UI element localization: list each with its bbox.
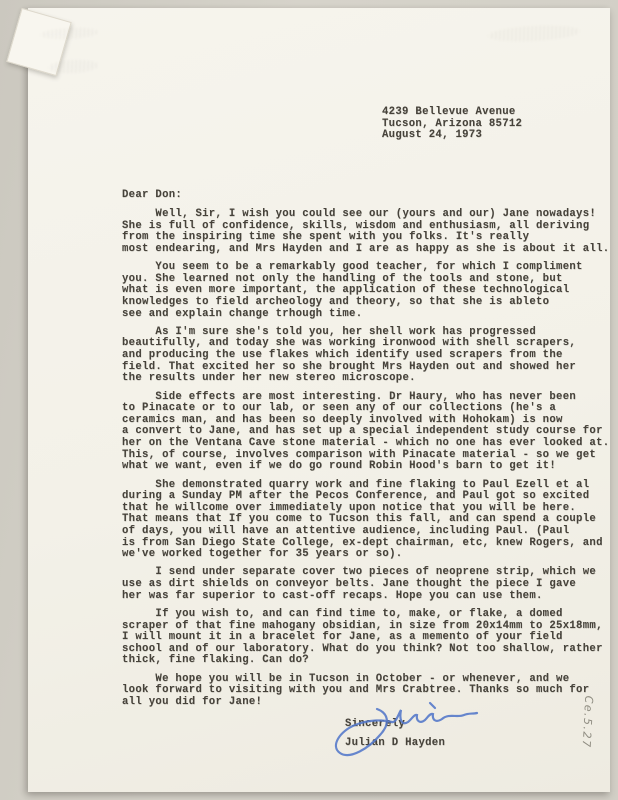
letter-line: Well, Sir, I wish you could see our (you… [122, 209, 602, 221]
paragraph: I send under separate cover two pieces o… [122, 567, 602, 602]
letter-line: use as dirt shields on conveyor belts. J… [122, 579, 602, 591]
letter-line: see and explain change trhough time. [122, 309, 602, 321]
letter-line: knowledges to field archeology and theor… [122, 297, 602, 309]
paragraph: As I'm sure she's told you, her shell wo… [122, 327, 602, 385]
paragraph: You seem to be a remarkably good teacher… [122, 262, 602, 320]
sender-address-block: 4239 Bellevue Avenue Tucson, Arizona 857… [382, 107, 522, 142]
letter-line: most endearing, and Mrs Hayden and I are… [122, 244, 602, 256]
letter-line: and producing the use flakes which ident… [122, 350, 602, 362]
address-line: 4239 Bellevue Avenue [382, 107, 522, 119]
letter-line: what we want, even if we do go round Rob… [122, 461, 602, 473]
letter-line: If you wish to, and can find time to, ma… [122, 609, 602, 621]
salutation: Dear Don: [122, 190, 182, 202]
pencil-erasure-smudge [488, 24, 581, 44]
letter-line: during a Sunday PM after the Pecos Confe… [122, 491, 602, 503]
paragraph: She demonstrated quarry work and fine fl… [122, 480, 602, 561]
letter-body: Well, Sir, I wish you could see our (you… [122, 209, 602, 715]
letter-line: thick, fine flaking. Can do? [122, 655, 602, 667]
letter-line: the results under her new stereo microsc… [122, 373, 602, 385]
letter-line: her on the Ventana Cave stone material -… [122, 438, 602, 450]
salutation-text: Dear Don: [122, 190, 182, 202]
date-line: August 24, 1973 [382, 130, 522, 142]
letter-line: You seem to be a remarkably good teacher… [122, 262, 602, 274]
handwritten-signature [325, 701, 485, 773]
letter-page: 4239 Bellevue Avenue Tucson, Arizona 857… [28, 8, 610, 792]
paragraph: If you wish to, and can find time to, ma… [122, 609, 602, 667]
paragraph: Side effects are most interesting. Dr Ha… [122, 392, 602, 473]
pencil-margin-note: Ce.5.27 [576, 680, 596, 765]
letter-line: of days, you will have an attentive audi… [122, 526, 602, 538]
paragraph: Well, Sir, I wish you could see our (you… [122, 209, 602, 256]
letter-line: we've worked together for 35 years or so… [122, 549, 602, 561]
letter-line: her was far superior to cast-off recaps.… [122, 591, 602, 603]
